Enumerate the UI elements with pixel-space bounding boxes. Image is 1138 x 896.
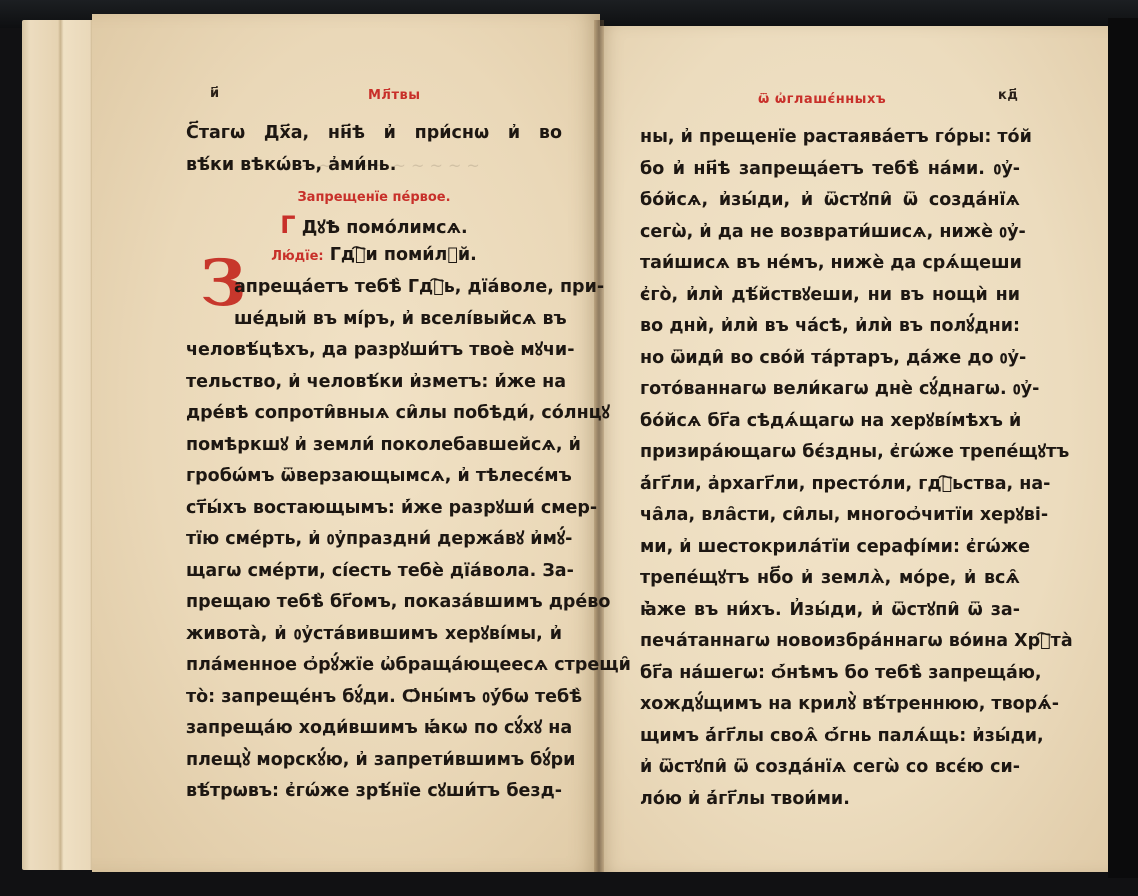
text-line: ны, и҆ прещенїе растаява́етъ го́ры: то́й [640,122,1020,154]
left-page-body: апреща́етъ тебѣ̀ Гдⷭ҇ь, дїа́воле, при- ш… [186,272,562,808]
text-line: хождꙋ́щимъ на крилꙋ̀ вѣ́треннюю, творѧ́- [640,689,1020,721]
text-line: прещаю тебѣ̀ бг҃омъ, показа́вшимъ дре́во [186,587,562,619]
left-folio-number: и҃ [210,86,220,101]
page-edges-stack [22,20,102,870]
section-title: Запрещенїе пе́рвое. [297,190,450,205]
text-line: человѣ́цѣхъ, да разрꙋши́тъ твоѐ мꙋчи- [186,335,562,367]
text-line: то̀: запреще́нъ бꙋ́ди. Ѻ҆ны́мъ ᲂу҆́бѡ те… [186,682,562,714]
petition-text: ДꙋѢ помо́лимсѧ. [302,218,468,238]
text-line: но ѿиди̑ во сво́й та́ртаръ, да́же до ᲂу҆… [640,343,1020,375]
text-line: живота̀, и҆ ᲂу҆ста́вившимъ херꙋві́мы, и҆ [186,619,562,651]
text-line: ми, и҆ шестокрила́тїи серафі́ми: є҆гѡ́же [640,532,1020,564]
response-label: Лю́дїе: [271,249,323,264]
right-page-body: ны, и҆ прещенїе растаява́етъ го́ры: то́й… [640,122,1020,815]
open-book: ~ ~ ~ ~ ~ ~ ~ ~ ~ ~ и҃ Мл҃твы С҃тагѡ Дх҃… [0,0,1138,896]
text-line: щагѡ сме́рти, сі́есть тебѐ дїа́вола. За- [186,556,562,588]
text-line: ст҃ы́хъ востающымъ: и҆́же разрꙋши́ смер- [186,493,562,525]
text-line: ча̑ла, вла̑сти, си̑лы, многоѻ҆читїи херꙋ… [640,500,1020,532]
response-text: Гдⷭ҇и поми́лꙋй. [330,245,477,265]
text-line: запреща́ю ходи́вшимъ ꙗ҆́кѡ по сꙋ́хꙋ на [186,713,562,745]
text-line: трепе́щꙋтъ нб҃о и҆ землѧ̀, мо́ре, и҆ всѧ… [640,563,1020,595]
text-line: щимъ а҆́гг҃лы своѧ̑ ѻ҆́гнь палѧ́щь: и҆зы… [640,721,1020,753]
text-line: тїю сме́рть, и҆ ᲂу҆праздни́ держа́вꙋ и҆м… [186,524,562,556]
left-running-head: Мл҃твы [368,88,420,103]
text-line: апреща́етъ тебѣ̀ Гдⷭ҇ь, дїа́воле, при- [186,272,562,304]
text-line: и҆ ѿстꙋпи̑ ѿ созда́нїѧ сегѡ̀ со всє́ю си… [640,752,1020,784]
text-line: гробѡ́мъ ѿверзающымсѧ, и҆ тѣлесє́мъ [186,461,562,493]
text-line: бо́йсѧ бг҃а сѣдѧ́щагѡ на херꙋві́мѣхъ и҆ [640,406,1020,438]
text-line: вѣ́трѡвъ: є҆гѡ́же зрѣ́нїе сꙋши́тъ безд- [186,776,562,808]
book-gutter [594,20,604,872]
text-line: плещꙋ̀ морскꙋ́ю, и҆ запрети́вшимъ бꙋ́ри [186,745,562,777]
text-line: ло́ю и҆ а҆́гг҃лы твои́ми. [640,784,1020,816]
text-line: дре́вѣ сопроти̑вныѧ си̑лы побѣди́, со́лн… [186,398,562,430]
text-line: є҆го̀, и҆лѝ дѣ́йствꙋеши, ни въ нощѝ ни [640,280,1020,312]
right-running-head: ѿ ѡ҆глашє́нныхъ [758,92,886,107]
text-line: таи́шисѧ въ не́мъ, нижѐ да срѧ́щеши [640,248,1020,280]
text-line: тельство, и҆ человѣ́ки и҆зметъ: и҆́же на [186,367,562,399]
text-line: призира́ющагѡ бє́здны, є҆гѡ́же трепе́щꙋт… [640,437,1020,469]
rubric-initial: Г [280,211,295,239]
right-folio-number: кд҃ [998,88,1018,103]
text-line: ше́дый въ мі́ръ, и҆ вселі́выйсѧ въ [186,304,562,336]
text-line: печа́таннагѡ новоизбра́ннагѡ во́ина Хрⷭ҇… [640,626,1020,658]
left-page-text: С҃тагѡ Дх҃а, нн҃ѣ и҆ при́снѡ и҆ во вѣ́ки… [186,118,562,181]
text-line: бо и҆ нн҃ѣ запреща́етъ тебѣ̀ на́ми. ᲂу҆- [640,154,1020,186]
text-line: бо́йсѧ, и҆зы́ди, и҆ ѿстꙋпи̑ ѿ созда́нїѧ [640,185,1020,217]
text-line: пла́менное ѻ҆рꙋ́жїе ѡ҆браща́ющеесѧ стрещ… [186,650,562,682]
text-line: сегѡ̀, и҆ да не возврати́шисѧ, нижѐ ᲂу҆- [640,217,1020,249]
text-line: а҆́гг҃ли, а҆рхагг҃ли, престо́ли, гдⷭ҇ьст… [640,469,1020,501]
text-line: гото́ваннагѡ вели́кагѡ днѐ сꙋ́днагѡ. ᲂу҆… [640,374,1020,406]
text-line: вѣ́ки вѣкѡ́въ, а҆ми́нь. [186,150,562,182]
text-line: во днѝ, и҆лѝ въ ча́сѣ, и҆лѝ въ полꙋ́дни: [640,311,1020,343]
text-line: С҃тагѡ Дх҃а, нн҃ѣ и҆ при́снѡ и҆ во [186,118,562,150]
text-line: ꙗ҆̀же въ ни́хъ. И҆зы́ди, и҆ ѿстꙋпи̑ ѿ за… [640,595,1020,627]
text-line: помѣркшꙋ и҆ земли́ поколебавшейсѧ, и҆ [186,430,562,462]
text-line: бг҃а на́шегѡ: ѻ҆́нѣмъ бо тебѣ̀ запреща́ю… [640,658,1020,690]
